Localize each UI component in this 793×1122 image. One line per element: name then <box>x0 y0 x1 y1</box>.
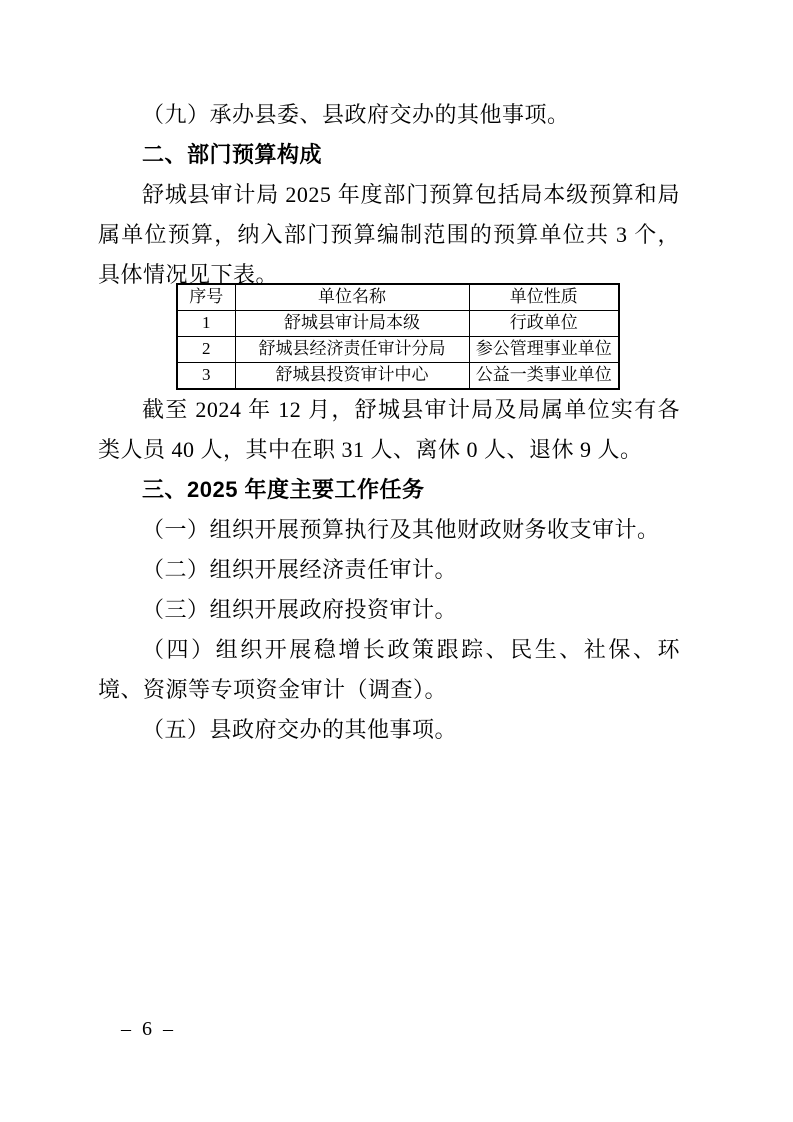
document-page: （九）承办县委、县政府交办的其他事项。 二、部门预算构成 舒城县审计局 2025… <box>0 0 793 1122</box>
task-item-4: （四）组织开展稳增长政策跟踪、民生、社保、环境、资源等专项资金审计（调查）。 <box>98 630 680 710</box>
table-cell-name: 舒城县投资审计中心 <box>235 363 469 390</box>
table-cell-name: 舒城县经济责任审计分局 <box>235 337 469 363</box>
task-item-2: （二）组织开展经济责任审计。 <box>98 550 680 590</box>
table-row: 1 舒城县审计局本级 行政单位 <box>177 311 619 337</box>
table-cell-type: 参公管理事业单位 <box>469 337 619 363</box>
paragraph-item-nine: （九）承办县委、县政府交办的其他事项。 <box>98 95 680 135</box>
table-cell-type: 公益一类事业单位 <box>469 363 619 390</box>
task-item-5: （五）县政府交办的其他事项。 <box>98 710 680 750</box>
table-cell-type: 行政单位 <box>469 311 619 337</box>
table-cell-seq: 3 <box>177 363 235 390</box>
task-item-1: （一）组织开展预算执行及其他财政财务收支审计。 <box>98 510 680 550</box>
table-cell-seq: 2 <box>177 337 235 363</box>
budget-unit-table: 序号 单位名称 单位性质 1 舒城县审计局本级 行政单位 2 舒城县经济责任审计… <box>176 283 620 390</box>
task-item-3: （三）组织开展政府投资审计。 <box>98 590 680 630</box>
heading-section-three: 三、2025 年度主要工作任务 <box>98 470 680 510</box>
paragraph-staffing: 截至 2024 年 12 月，舒城县审计局及局属单位实有各类人员 40 人，其中… <box>98 390 680 470</box>
page-number: – 6 – <box>121 1016 176 1042</box>
heading-section-two: 二、部门预算构成 <box>98 135 680 175</box>
paragraph-budget-composition: 舒城县审计局 2025 年度部门预算包括局本级预算和局属单位预算，纳入部门预算编… <box>98 175 680 295</box>
table-row: 3 舒城县投资审计中心 公益一类事业单位 <box>177 363 619 390</box>
table-cell-seq: 1 <box>177 311 235 337</box>
table-cell-name: 舒城县审计局本级 <box>235 311 469 337</box>
table-header-type: 单位性质 <box>469 284 619 311</box>
table-row: 2 舒城县经济责任审计分局 参公管理事业单位 <box>177 337 619 363</box>
